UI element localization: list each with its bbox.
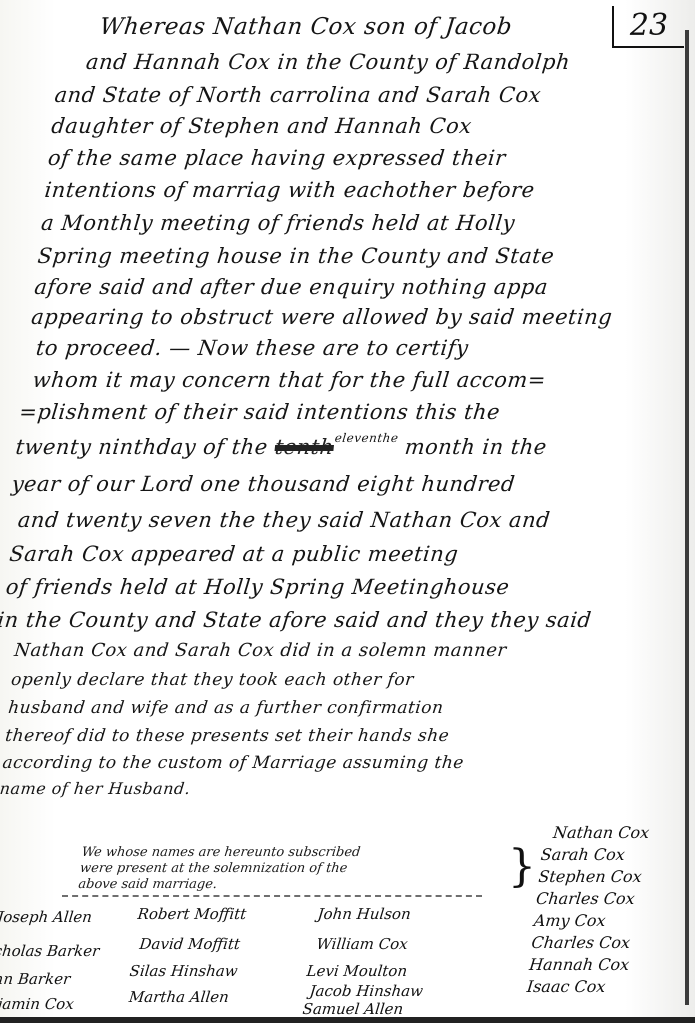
signature-witness: Benjamin Cox (0, 995, 75, 1013)
signature-witness: Nicholas Barker (0, 942, 100, 960)
signature-witness: Samuel Allen (302, 1000, 404, 1018)
signature-witness: Silas Hinshaw (129, 962, 239, 980)
signature-witness: Martha Allen (128, 988, 230, 1006)
signature-witness: Joseph Allen (0, 908, 93, 926)
signature-witness: Levi Moulton (306, 962, 408, 980)
manuscript-page: 23 Whereas Nathan Cox son of Jacob and H… (0, 0, 695, 1023)
signature-witness: John Hulson (317, 905, 412, 923)
witness-signature-block: Joseph Allen Nicholas Barker John Barker… (0, 0, 695, 1023)
signature-witness: William Cox (316, 935, 409, 953)
signature-witness: Robert Moffitt (137, 905, 248, 923)
signature-witness: David Moffitt (139, 935, 241, 953)
signature-witness: John Barker (0, 970, 71, 988)
signature-witness: Jacob Hinshaw (309, 982, 424, 1000)
